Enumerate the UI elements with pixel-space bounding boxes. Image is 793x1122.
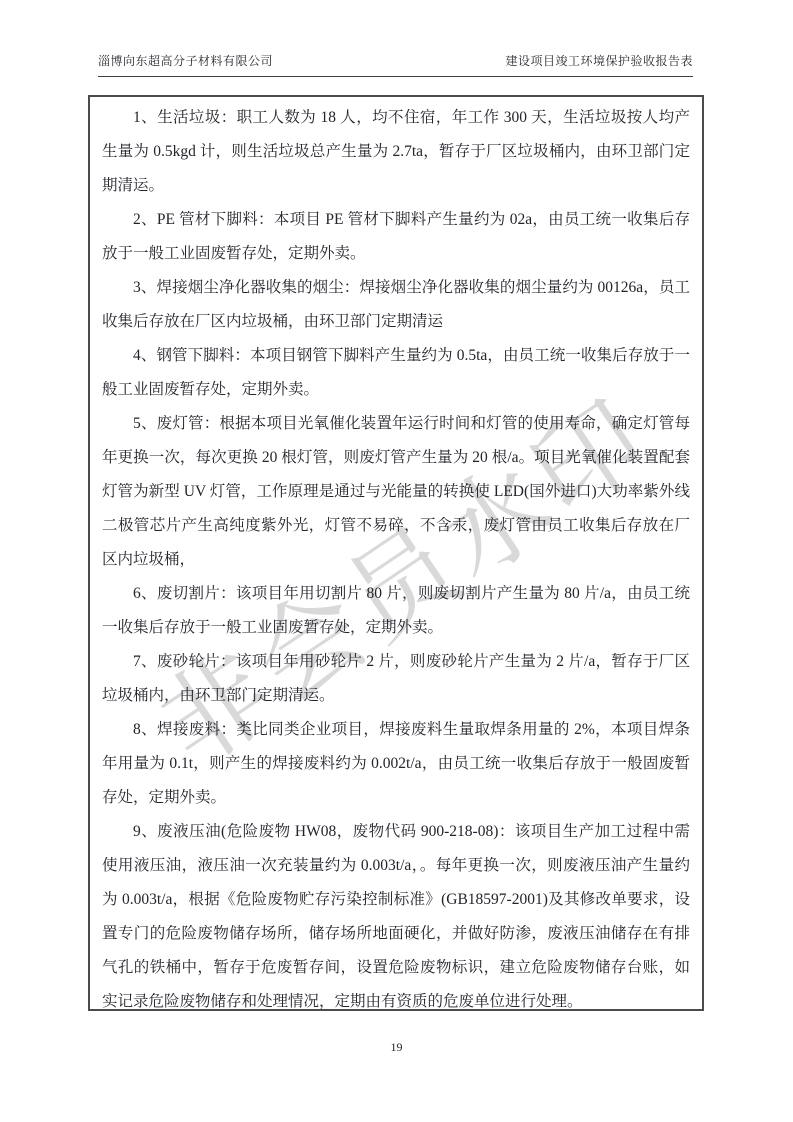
report-paragraph-welding-waste: 8、焊接废料：类比同类企业项目，焊接废料生量取焊条用量的 2%，本项目焊条年用量… (102, 713, 690, 815)
report-paragraph-waste-cutting-discs: 6、废切割片：该项目年用切割片 80 片，则废切割片产生量为 80 片/a，由员… (102, 577, 690, 645)
document-page: 淄博向东超高分子材料有限公司 建设项目竣工环境保护验收报告表 非会员水印 1、生… (0, 0, 793, 1122)
report-paragraph-pe-pipe-scrap: 2、PE 管材下脚料：本项目 PE 管材下脚料产生量约为 02a，由员工统一收集… (102, 203, 690, 271)
report-paragraph-waste-lamp-tubes: 5、废灯管：根据本项目光氧催化装置年运行时间和灯管的使用寿命，确定灯管每年更换一… (102, 407, 690, 577)
header-report-title: 建设项目竣工环境保护验收报告表 (505, 52, 693, 69)
header-company-name: 淄博向东超高分子材料有限公司 (98, 52, 273, 69)
report-paragraph-waste-hydraulic-oil: 9、废液压油(危险废物 HW08，废物代码 900-218-08)：该项目生产加… (102, 815, 690, 1011)
report-paragraph-domestic-garbage: 1、生活垃圾：职工人数为 18 人，均不住宿，年工作 300 天，生活垃圾按人均… (102, 101, 690, 203)
report-content-box: 1、生活垃圾：职工人数为 18 人，均不住宿，年工作 300 天，生活垃圾按人均… (88, 95, 704, 1011)
page-header: 淄博向东超高分子材料有限公司 建设项目竣工环境保护验收报告表 (98, 52, 693, 77)
report-paragraph-waste-grinding-wheels: 7、废砂轮片：该项目年用砂轮片 2 片，则废砂轮片产生量为 2 片/a，暂存于厂… (102, 645, 690, 713)
page-number: 19 (0, 1040, 793, 1055)
report-paragraph-welding-fume-dust: 3、焊接烟尘净化器收集的烟尘：焊接烟尘净化器收集的烟尘量约为 00126a，员工… (102, 271, 690, 339)
report-paragraph-steel-pipe-scrap: 4、钢管下脚料：本项目钢管下脚料产生量约为 0.5ta，由员工统一收集后存放于一… (102, 339, 690, 407)
